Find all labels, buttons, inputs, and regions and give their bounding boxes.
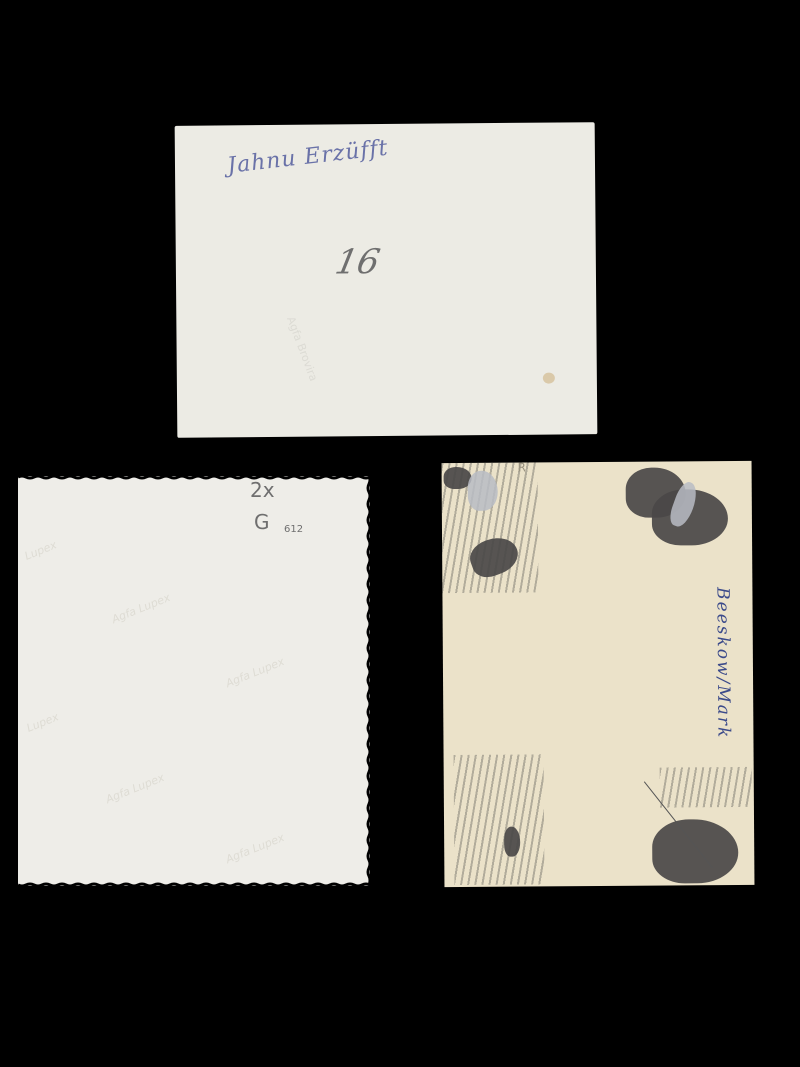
photo-bottom-left: 2x G 612 Lupex Agfa Lupex Agfa Lupex Lup… — [18, 476, 370, 886]
pencil-mark: R — [518, 460, 526, 474]
pencil-note-quantity: 2x — [250, 478, 275, 502]
deckled-edge — [18, 476, 370, 886]
glue-residue-light — [468, 471, 498, 511]
handwritten-name: Jahnu Erzüfft — [226, 136, 390, 179]
paper-watermark: Agfa Brovira — [284, 315, 320, 383]
scuff-bottom-left — [454, 754, 545, 885]
glue-residue — [504, 827, 520, 857]
pencil-note-code: 612 — [284, 524, 303, 535]
glue-residue — [652, 819, 738, 884]
stain-spot — [543, 373, 555, 384]
handwritten-location: Beeskow/Mark — [712, 587, 733, 739]
photo-bottom-right: R Beeskow/Mark — [442, 461, 755, 887]
photo-top: Jahnu Erzüfft 16 Agfa Brovira — [175, 122, 598, 438]
pencil-note-letter: G — [254, 510, 270, 534]
photo-backs-scene: Jahnu Erzüfft 16 Agfa Brovira 2x G 612 L… — [0, 0, 800, 1067]
handwritten-number: 16 — [332, 242, 383, 282]
scuff-bottom-right — [660, 767, 752, 808]
